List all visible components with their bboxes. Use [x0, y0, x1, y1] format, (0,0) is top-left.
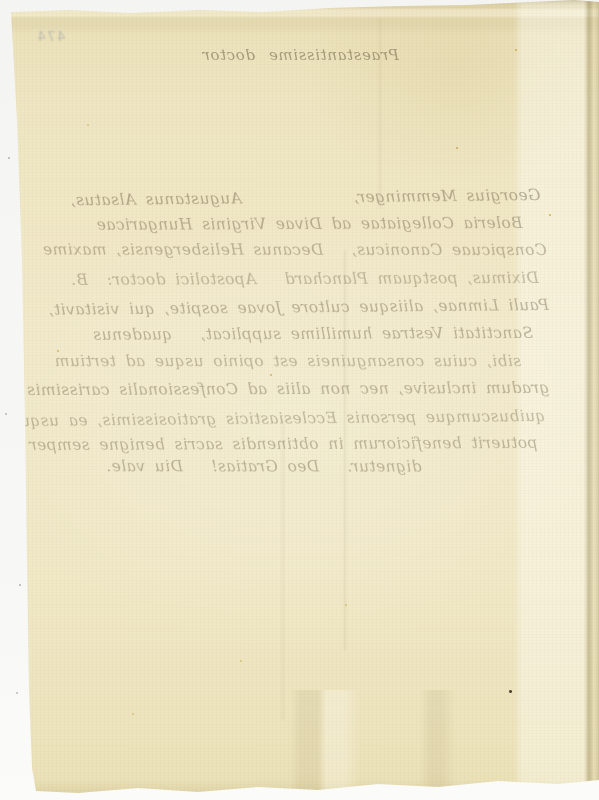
foxing-speck [456, 147, 458, 149]
bleedthrough-line: sibi, cuius consanguineis est opinio usq… [52, 348, 521, 376]
foxing-speck [132, 713, 134, 715]
salutation-bleedthrough: Praestantissime doctor [52, 46, 549, 64]
bleedthrough-line: gradum inclusive, nec non aliis ad Confe… [52, 375, 549, 405]
bleedthrough-line: Boleria Collegiatae ad Divae Virginis Hu… [51, 210, 522, 240]
foxing-speck [240, 660, 242, 662]
bleedthrough-line: Sanctitati Vestrae humillime supplicat, … [52, 320, 533, 350]
bleedthrough-line: Diximus, postquam Planchard Apostolici d… [52, 265, 539, 295]
right-edge-fold-crease [588, 0, 590, 781]
dust-speck [8, 157, 10, 159]
bottom-edge-crinkles [0, 690, 599, 800]
foxing-speck [345, 604, 347, 606]
bleedthrough-line: dignetur. Deo Gratias! Diu vale. [53, 453, 422, 481]
dust-speck [19, 584, 21, 586]
foxing-speck [549, 214, 551, 216]
foxing-speck [87, 124, 89, 126]
dust-speck [5, 413, 7, 415]
manuscript-page: 474 Praestantissime doctor Georgius Memm… [0, 0, 599, 800]
letter-body-bleedthrough: Georgius Memminger, Augustanus Alsatus, … [51, 182, 549, 483]
ink-fleck [509, 690, 512, 693]
archival-number-mark: 474 [36, 30, 65, 45]
dust-speck [16, 692, 18, 694]
bleedthrough-line: Conspicuae Canonicus, Decanus Helisberge… [52, 237, 547, 265]
scanner-background: 474 Praestantissime doctor Georgius Memm… [0, 0, 599, 800]
